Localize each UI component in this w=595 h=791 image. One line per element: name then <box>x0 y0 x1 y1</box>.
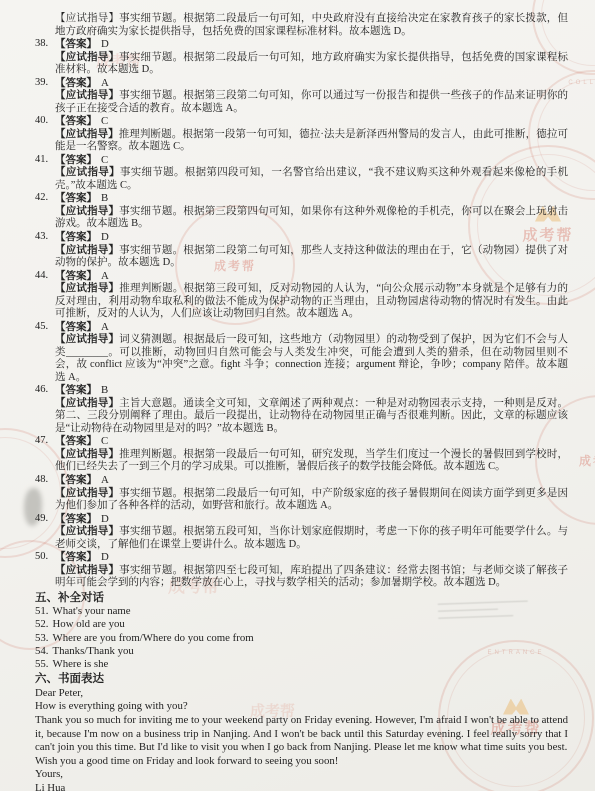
dialogue-item: 54.Thanks/Thank you <box>35 645 568 658</box>
guide-text: 【应试指导】事实细节题。根据第三段第二句可知，你可以通过写一份报告和提供一些孩子… <box>55 90 568 115</box>
guide-label: 【应试指导】 <box>55 488 119 499</box>
question-number: 43. <box>35 231 55 270</box>
dialogue-answer: Where is she <box>53 658 109 670</box>
guide-label: 【应试指导】 <box>55 449 119 460</box>
guide-body: 事实细节题。根据第四段可知，一名警官给出建议，“我不建议购买这种外观看起来像枪的… <box>55 167 568 191</box>
answer-letter: C <box>101 154 108 166</box>
question-number: 38. <box>35 38 55 77</box>
answer-label: 【答案】 <box>55 155 97 166</box>
answer-letter: B <box>101 384 108 396</box>
answer-item-43: 43. 【答案】D 【应试指导】事实细节题。根据第二段第二句可知，那些人支持这种… <box>35 231 568 270</box>
dialogue-number: 52. <box>35 618 49 630</box>
answer-label: 【答案】 <box>55 385 97 396</box>
answer-item-38: 38. 【答案】D 【应试指导】事实细节题。根据第二段最后一句可知，地方政府确实… <box>35 38 568 77</box>
stamp-arc-text: COLLEGE <box>568 80 595 86</box>
dialogue-number: 55. <box>35 658 49 670</box>
guide-body: 事实细节题。根据第三段第四句可知，如果你有这种外观像枪的手机壳，你可以在聚会上玩… <box>55 206 568 230</box>
answer-letter: C <box>101 115 108 127</box>
answer-line: 【答案】B <box>55 384 568 398</box>
answer-line: 【答案】A <box>55 270 568 284</box>
guide-body: 事实细节题。根据第二段最后一句可知，中产阶级家庭的孩子暑假期间在阅读方面学到更多… <box>55 488 568 512</box>
section-title-writing: 六、书面表达 <box>35 673 568 687</box>
answer-item-48: 48. 【答案】A 【应试指导】事实细节题。根据第二段最后一句可知，中产阶级家庭… <box>35 474 568 513</box>
dialogue-item: 53.Where are you from/Where do you come … <box>35 632 568 645</box>
answer-label: 【答案】 <box>55 271 97 282</box>
answer-item-42: 42. 【答案】B 【应试指导】事实细节题。根据第三段第四句可知，如果你有这种外… <box>35 192 568 231</box>
letter-signature: Li Hua <box>35 782 568 791</box>
answer-item-40: 40. 【答案】C 【应试指导】推理判断题。根据第一段第一句可知，德拉·法夫是新… <box>35 115 568 154</box>
guide-text: 【应试指导】事实细节题。根据第三段第四句可知，如果你有这种外观像枪的手机壳，你可… <box>55 206 568 231</box>
answer-item-45: 45. 【答案】A 【应试指导】词义猜测题。根据最后一段可知，这些地方（动物园里… <box>35 321 568 385</box>
answer-key-content: 【应试指导】事实细节题。根据第二段最后一句可知，中央政府没有直接给决定在家教育孩… <box>35 13 568 791</box>
answer-item-46: 46. 【答案】B 【应试指导】主旨大意题。通读全文可知，文章阐述了两种观点：一… <box>35 384 568 435</box>
guide-text: 【应试指导】事实细节题。根据第四段可知，一名警官给出建议，“我不建议购买这种外观… <box>55 167 568 192</box>
answer-line: 【答案】C <box>55 115 568 129</box>
answer-letter: D <box>101 231 109 243</box>
dialogue-item: 55.Where is she <box>35 658 568 671</box>
letter-body: Thank you so much for inviting me to you… <box>35 714 568 755</box>
answer-label: 【答案】 <box>55 322 97 333</box>
guide-text: 【应试指导】推理判断题。根据第一段第一句可知，德拉·法夫是新泽西州警局的发言人，… <box>55 129 568 154</box>
guide-label: 【应试指导】 <box>55 334 119 345</box>
guide-label: 【应试指导】 <box>55 283 119 294</box>
answer-label: 【答案】 <box>55 552 97 563</box>
dialogue-number: 53. <box>35 632 49 644</box>
answer-label: 【答案】 <box>55 39 97 50</box>
guide-text: 【应试指导】词义猜测题。根据最后一段可知，这些地方（动物园里）的动物受到了保护，… <box>55 334 568 384</box>
dialogue-number: 51. <box>35 605 49 617</box>
scanned-answer-key-page: COLLEGE 成考帮 成考帮 成考帮 ENTRANCE成考帮 成考帮 成考帮 … <box>0 0 595 791</box>
answer-label: 【答案】 <box>55 232 97 243</box>
letter-closing: Wish you a good time on Friday and look … <box>35 755 568 769</box>
answer-line: 【答案】C <box>55 435 568 449</box>
guide-text: 【应试指导】事实细节题。根据第二段最后一句可知，地方政府确实为家长提供指导，包括… <box>55 52 568 77</box>
answer-line: 【答案】D <box>55 231 568 245</box>
dialogue-number: 54. <box>35 645 49 657</box>
question-number: 45. <box>35 321 55 385</box>
letter-salutation: Dear Peter, <box>35 687 568 701</box>
answer-label: 【答案】 <box>55 78 97 89</box>
guide-label: 【应试指导】 <box>55 90 119 101</box>
answer-item-49: 49. 【答案】D 【应试指导】事实细节题。根据第五段可知，当你计划家庭假期时，… <box>35 513 568 552</box>
answer-letter: A <box>101 321 109 333</box>
answer-label: 【答案】 <box>55 475 97 486</box>
guide-label: 【应试指导】 <box>55 129 119 140</box>
guide-body: 推理判断题。根据第一段最后一句可知，研究发现，当学生们度过一个漫长的暑假回到学校… <box>55 449 568 473</box>
carryover-guide-text: 【应试指导】事实细节题。根据第二段最后一句可知，中央政府没有直接给决定在家教育孩… <box>55 13 568 38</box>
guide-label: 【应试指导】 <box>55 398 119 409</box>
answer-letter: D <box>101 551 109 563</box>
guide-label: 【应试指导】 <box>55 245 119 256</box>
watermark-brand-text: 成考帮 <box>579 452 595 469</box>
dialogue-answer: Thanks/Thank you <box>53 645 134 657</box>
section-title-dialogue: 五、补全对话 <box>35 592 568 606</box>
guide-body: 事实细节题。根据第二段第二句可知，那些人支持这种做法的理由在于，它（动物园）提供… <box>55 245 568 269</box>
answer-line: 【答案】C <box>55 154 568 168</box>
answer-label: 【答案】 <box>55 116 97 127</box>
question-number: 39. <box>35 77 55 116</box>
answer-letter: D <box>101 513 109 525</box>
answer-line: 【答案】A <box>55 77 568 91</box>
guide-body: 词义猜测题。根据最后一段可知，这些地方（动物园里）的动物受到了保护，因为它们不会… <box>55 334 568 383</box>
question-number: 46. <box>35 384 55 435</box>
guide-label: 【应试指导】 <box>55 52 119 63</box>
question-number: 40. <box>35 115 55 154</box>
guide-text: 【应试指导】推理判断题。根据第一段最后一句可知，研究发现，当学生们度过一个漫长的… <box>55 449 568 474</box>
guide-text: 【应试指导】事实细节题。根据第五段可知，当你计划家庭假期时，考虑一下你的孩子明年… <box>55 526 568 551</box>
answer-line: 【答案】A <box>55 474 568 488</box>
answer-letter: A <box>101 77 109 89</box>
answer-line: 【答案】D <box>55 38 568 52</box>
answer-letter: A <box>101 270 109 282</box>
guide-text: 【应试指导】主旨大意题。通读全文可知，文章阐述了两种观点：一种是对动物园表示支持… <box>55 398 568 436</box>
dialogue-item: 52.How old are you <box>35 618 568 631</box>
answer-letter: C <box>101 435 108 447</box>
question-number: 49. <box>35 513 55 552</box>
answer-label: 【答案】 <box>55 514 97 525</box>
letter-opening: How is everything going with you? <box>35 700 568 714</box>
answer-item-47: 47. 【答案】C 【应试指导】推理判断题。根据第一段最后一句可知，研究发现，当… <box>35 435 568 474</box>
answer-letter: B <box>101 192 108 204</box>
guide-text: 【应试指导】事实细节题。根据第四至七段可知，库珀提出了四条建议：经常去图书馆；与… <box>55 565 568 590</box>
letter-signoff: Yours, <box>35 768 568 782</box>
guide-body: 推理判断题。根据第三段可知，反对动物园的人认为，“向公众展示动物”本身就是个足够… <box>55 283 568 319</box>
guide-body: 事实细节题。根据第二段最后一句可知，地方政府确实为家长提供指导，包括免费的国家课… <box>55 52 568 76</box>
question-number: 44. <box>35 270 55 321</box>
dialogue-item: 51.What's your name <box>35 605 568 618</box>
answer-item-44: 44. 【答案】A 【应试指导】推理判断题。根据第三段可知，反对动物园的人认为，… <box>35 270 568 321</box>
answer-label: 【答案】 <box>55 436 97 447</box>
dialogue-answer: Where are you from/Where do you come fro… <box>53 632 254 644</box>
guide-body: 事实细节题。根据第四至七段可知，库珀提出了四条建议：经常去图书馆；与老师交谈了解… <box>55 565 568 589</box>
question-number: 50. <box>35 551 55 590</box>
answer-item-41: 41. 【答案】C 【应试指导】事实细节题。根据第四段可知，一名警官给出建议，“… <box>35 154 568 193</box>
guide-body: 事实细节题。根据第三段第二句可知，你可以通过写一份报告和提供一些孩子的作品来证明… <box>55 90 568 114</box>
guide-body: 主旨大意题。通读全文可知，文章阐述了两种观点：一种是对动物园表示支持，一种则是反… <box>55 398 568 434</box>
sample-letter: Dear Peter, How is everything going with… <box>35 687 568 791</box>
answer-line: 【答案】A <box>55 321 568 335</box>
guide-label: 【应试指导】 <box>55 526 119 537</box>
dialogue-answer: What's your name <box>53 605 131 617</box>
answer-item-50: 50. 【答案】D 【应试指导】事实细节题。根据第四至七段可知，库珀提出了四条建… <box>35 551 568 590</box>
answer-letter: D <box>101 38 109 50</box>
guide-text: 【应试指导】推理判断题。根据第三段可知，反对动物园的人认为，“向公众展示动物”本… <box>55 283 568 321</box>
answer-label: 【答案】 <box>55 193 97 204</box>
guide-text: 【应试指导】事实细节题。根据第二段第二句可知，那些人支持这种做法的理由在于，它（… <box>55 245 568 270</box>
question-number: 47. <box>35 435 55 474</box>
guide-label: 【应试指导】 <box>55 565 119 576</box>
answer-letter: A <box>101 474 109 486</box>
guide-body: 事实细节题。根据第五段可知，当你计划家庭假期时，考虑一下你的孩子明年可能要学什么… <box>55 526 568 550</box>
dialogue-answer: How old are you <box>53 618 125 630</box>
guide-body: 推理判断题。根据第一段第一句可知，德拉·法夫是新泽西州警局的发言人，由此可推断，… <box>55 129 568 153</box>
answer-line: 【答案】D <box>55 513 568 527</box>
answer-line: 【答案】D <box>55 551 568 565</box>
answer-line: 【答案】B <box>55 192 568 206</box>
answer-item-39: 39. 【答案】A 【应试指导】事实细节题。根据第三段第二句可知，你可以通过写一… <box>35 77 568 116</box>
guide-label: 【应试指导】 <box>55 206 119 217</box>
question-number: 48. <box>35 474 55 513</box>
guide-text: 【应试指导】事实细节题。根据第二段最后一句可知，中产阶级家庭的孩子暑假期间在阅读… <box>55 488 568 513</box>
guide-label: 【应试指导】 <box>55 167 120 178</box>
question-number: 41. <box>35 154 55 193</box>
question-number: 42. <box>35 192 55 231</box>
